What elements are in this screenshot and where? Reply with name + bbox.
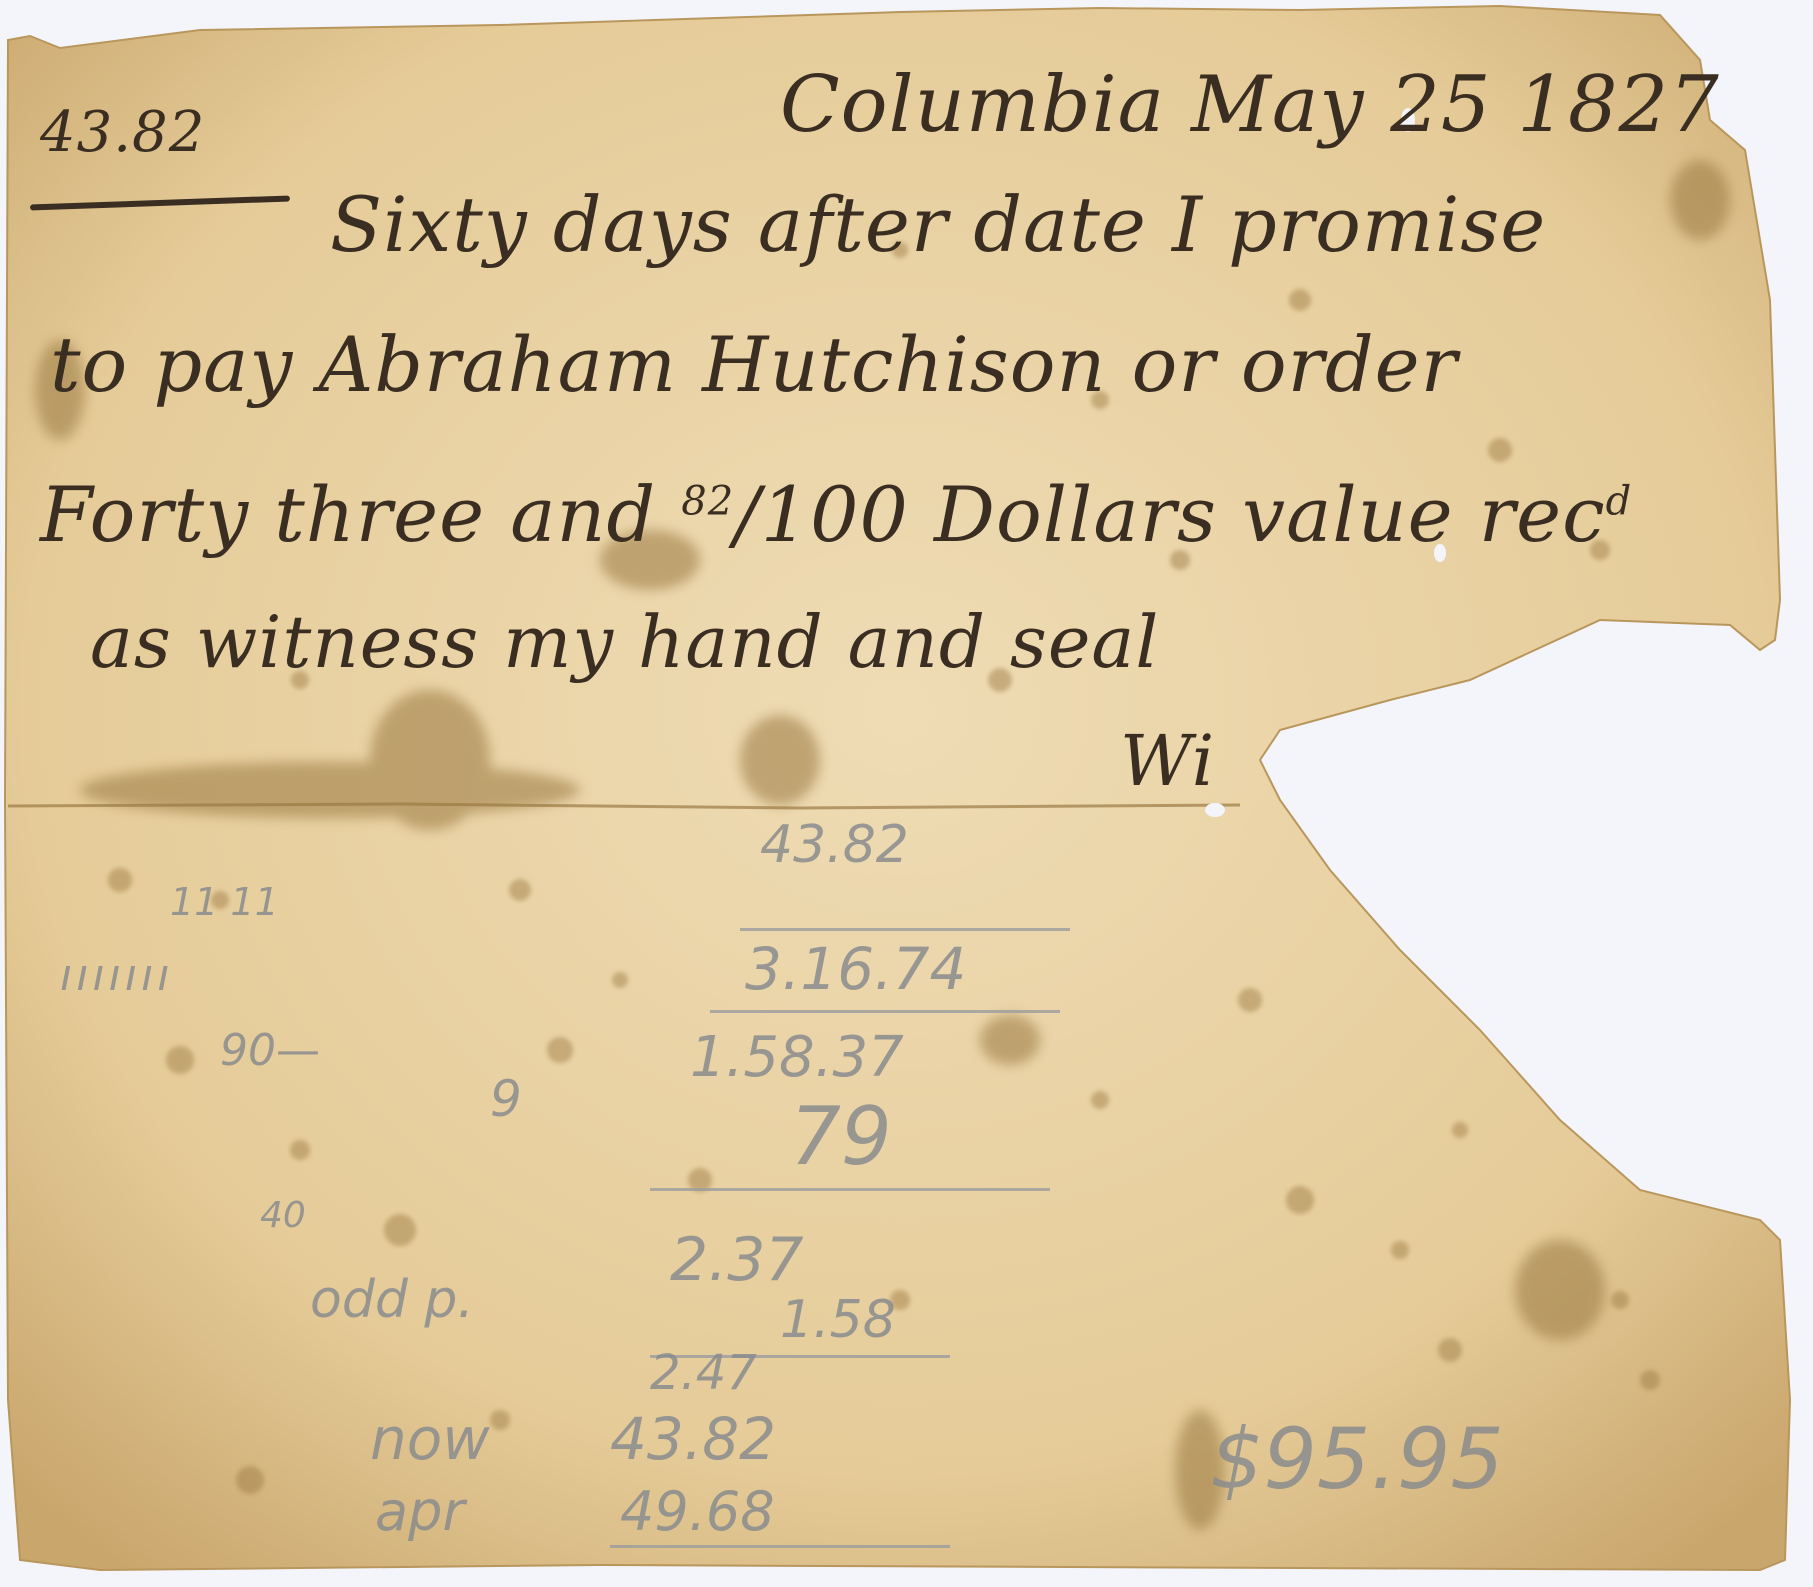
body-line-1: Sixty days after date I promise	[330, 180, 1546, 269]
pencil-total: $95.95	[1210, 1410, 1504, 1508]
pencil-note-90: 90—	[220, 1025, 320, 1076]
signature-fragment: Wi	[1120, 720, 1215, 802]
body-line-4: as witness my hand and seal	[90, 600, 1159, 684]
body-line-2: to pay Abraham Hutchison or order	[50, 320, 1458, 409]
place-date: Columbia May 25 1827	[780, 60, 1720, 150]
body-line-3: Forty three and 82/100 Dollars value rec…	[40, 470, 1632, 559]
pencil-calc-row-5: 2.37	[670, 1225, 804, 1295]
pencil-calc-row-7: 43.82	[610, 1405, 776, 1473]
pencil-calc-apr-label: apr	[375, 1480, 465, 1543]
pencil-rule	[610, 1545, 950, 1548]
pencil-tally-top: 11 11	[170, 880, 279, 924]
pencil-tally-marks: ııııııı	[60, 950, 174, 1001]
note-amount: 43.82	[40, 100, 205, 165]
pencil-rule	[650, 1188, 1050, 1191]
line3-superscript: d	[1606, 479, 1633, 525]
pencil-rule	[710, 1010, 1060, 1013]
line3-fraction-numerator: 82	[681, 479, 734, 525]
pencil-calc-row-8: 49.68	[620, 1480, 775, 1543]
pencil-rule	[740, 928, 1070, 931]
pencil-calc-now-label: now	[370, 1405, 490, 1473]
pencil-calc-row-1: 43.82	[760, 815, 909, 875]
pencil-note-9: 9	[490, 1070, 522, 1128]
pencil-calc-row-4: 79	[790, 1090, 892, 1183]
pencil-note-40: 40	[260, 1195, 306, 1236]
pencil-calc-row-6: 1.58	[780, 1290, 896, 1350]
pencil-note-odd: odd p.	[310, 1270, 474, 1330]
pencil-calc-row-3: 1.58.37	[690, 1025, 904, 1090]
line3-after: /100 Dollars value rec	[734, 470, 1605, 559]
pencil-calc-row-2: 3.16.74	[745, 935, 966, 1003]
pencil-calc-row-7-sup: 2.47	[650, 1345, 757, 1401]
promissory-note-paper: 43.82 Columbia May 25 1827 Sixty days af…	[0, 0, 1813, 1587]
line3-before: Forty three and	[40, 470, 681, 559]
